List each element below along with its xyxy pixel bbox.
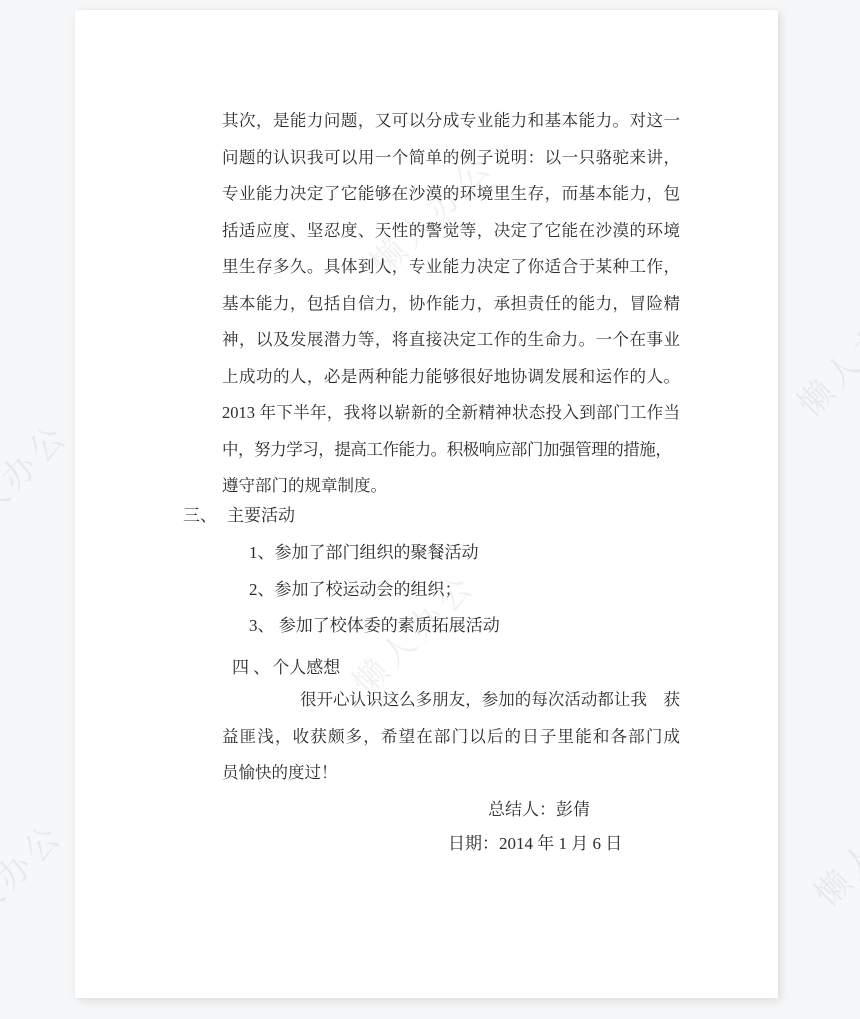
watermark: 懒人办公	[785, 281, 860, 426]
watermark: 懒人办公	[0, 410, 77, 555]
paragraph-line: 括适应度、坚忍度、天性的警觉等，决定了它能在沙漠的环境	[222, 213, 680, 250]
paragraph-line: 很开心认识这么多朋友，参加的每次活动都让我 获	[222, 682, 680, 719]
signature-line: 总结人：彭倩	[488, 798, 590, 822]
document-page: 其次，是能力问题，又可以分成专业能力和基本能力。对这一问题的认识我可以用一个简单…	[75, 10, 778, 998]
activity-item: 1、参加了部门组织的聚餐活动	[249, 535, 500, 572]
paragraph-line: 专业能力决定了它能够在沙漠的环境里生存，而基本能力，包	[222, 176, 680, 213]
section-number: 三、	[183, 506, 217, 525]
date-line: 日期：2014 年 1 月 6 日	[448, 832, 622, 856]
watermark: 懒人办公	[802, 771, 860, 916]
paragraph-line: 其次，是能力问题，又可以分成专业能力和基本能力。对这一	[222, 103, 680, 140]
section-title: 个人感想	[272, 658, 340, 677]
paragraph-line: 益匪浅，收获颇多，希望在部门以后的日子里能和各部门成	[222, 719, 680, 756]
main-paragraph: 其次，是能力问题，又可以分成专业能力和基本能力。对这一问题的认识我可以用一个简单…	[222, 103, 680, 505]
thoughts-paragraph: 很开心认识这么多朋友，参加的每次活动都让我 获益匪浅，收获颇多，希望在部门以后的…	[222, 682, 680, 792]
activity-item: 3、 参加了校体委的素质拓展活动	[249, 608, 500, 645]
paragraph-line: 2013 年下半年，我将以崭新的全新精神状态投入到部门工作当	[222, 395, 680, 432]
activity-list: 1、参加了部门组织的聚餐活动2、参加了校运动会的组织；3、 参加了校体委的素质拓…	[249, 535, 500, 645]
paragraph-line: 神，以及发展潜力等，将直接决定工作的生命力。一个在事业	[222, 322, 680, 359]
activity-item: 2、参加了校运动会的组织；	[249, 572, 500, 609]
paragraph-line: 中，努力学习，提高工作能力。积极响应部门加强管理的措施，	[222, 432, 680, 469]
paragraph-line: 基本能力，包括自信力，协作能力，承担责任的能力，冒险精	[222, 286, 680, 323]
section-title: 主要活动	[227, 506, 295, 525]
paragraph-line: 员愉快的度过！	[222, 755, 680, 792]
preview-background: 其次，是能力问题，又可以分成专业能力和基本能力。对这一问题的认识我可以用一个简单…	[0, 0, 860, 1019]
section-number: 四 、	[232, 658, 270, 677]
paragraph-line: 里生存多久。具体到人，专业能力决定了你适合于某种工作，	[222, 249, 680, 286]
section-heading-activities: 三、主要活动	[183, 498, 295, 535]
paragraph-line: 上成功的人，必是两种能力能够很好地协调发展和运作的人。	[222, 359, 680, 396]
paragraph-line: 问题的认识我可以用一个简单的例子说明：以一只骆驼来讲，	[222, 140, 680, 177]
watermark: 懒人办公	[0, 810, 72, 955]
